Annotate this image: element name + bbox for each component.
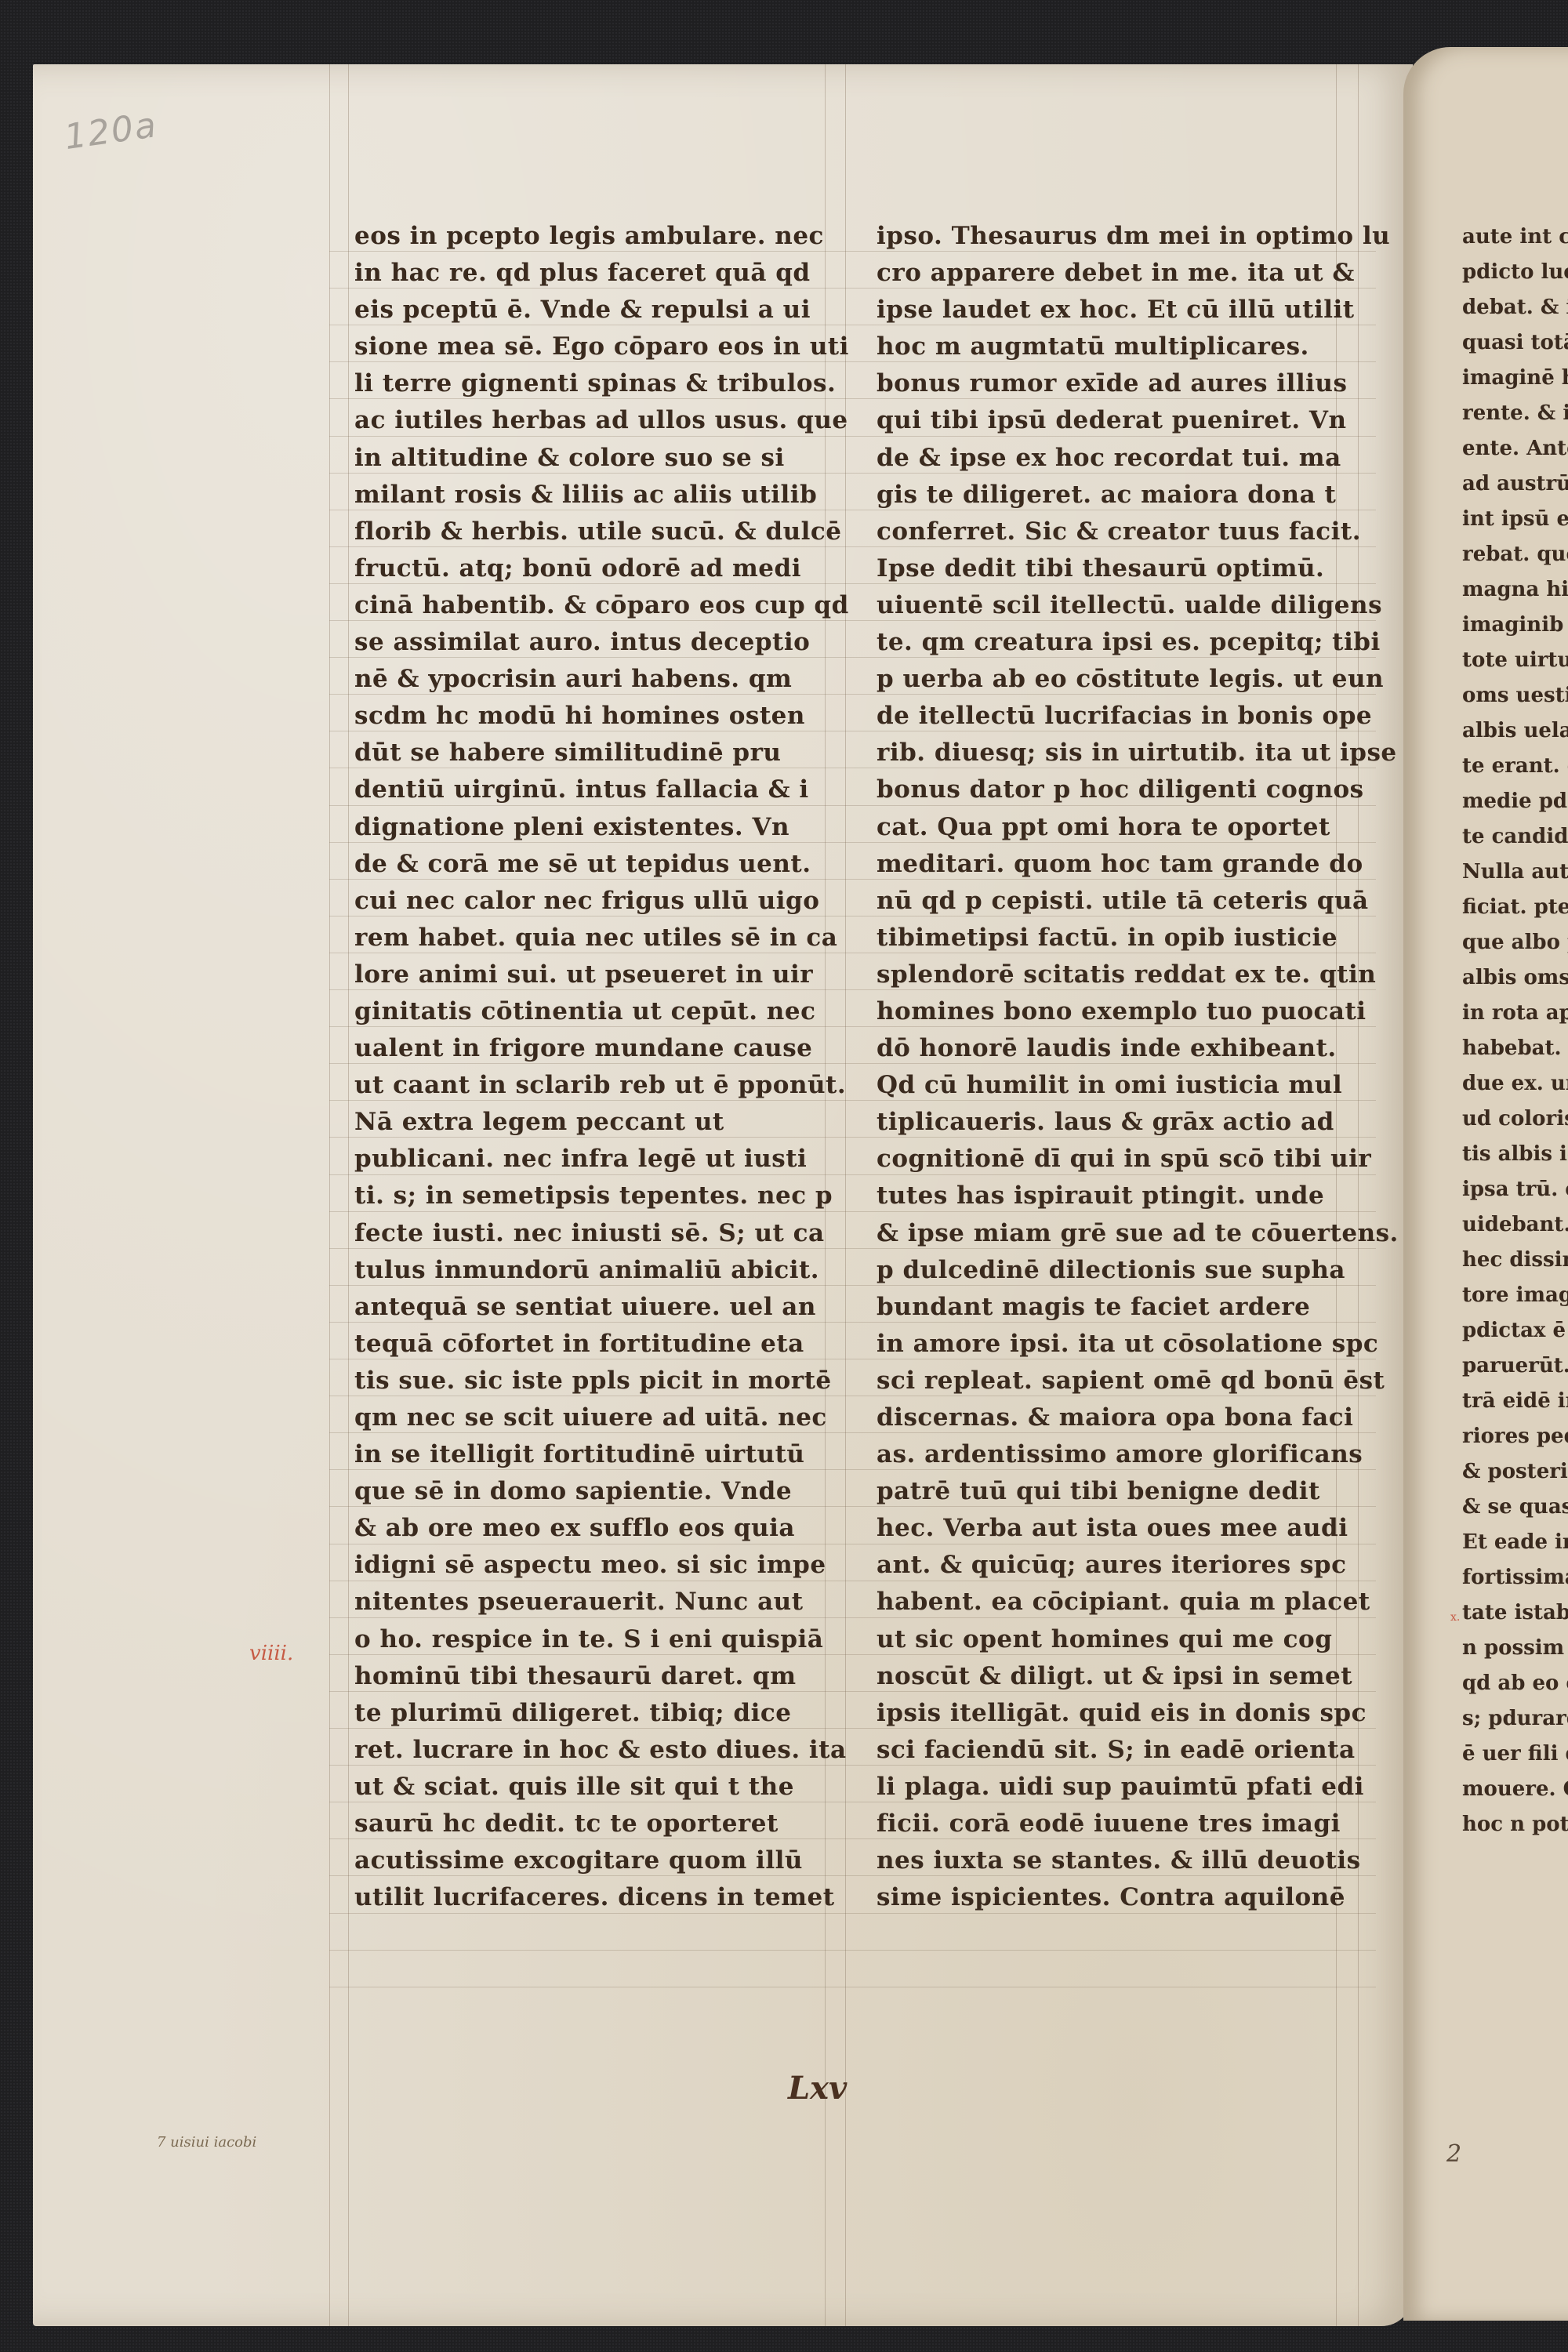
text-line: te. qm creatura ipsi es. pcepitq; tibi (877, 624, 1363, 661)
text-line: discernas. & maiora opa bona faci (877, 1399, 1363, 1436)
right-page: aute int circulipdicto lucido secdebat. … (1403, 47, 1568, 2321)
text-line: tis sue. sic iste ppls picit in mortē (354, 1363, 825, 1399)
text-line: saurū hc dedit. tc te oporteret (354, 1806, 825, 1842)
text-line: cinā habentib. & cōparo eos cup qd (354, 587, 825, 624)
ruling-line (329, 1987, 1376, 1987)
text-line: ginitatis cōtinentia ut cepūt. nec (354, 993, 825, 1030)
text-line: te plurimū diligeret. tibiq; dice (354, 1695, 825, 1732)
text-line: habent. ea cōcipiant. quia m placet (877, 1584, 1363, 1621)
text-line: Qd cū humilit in omi iusticia mul (877, 1067, 1363, 1104)
text-line: hec dissimilitudo (1462, 1243, 1568, 1278)
text-line: in se itelligit fortitudinē uirtutū (354, 1436, 825, 1473)
text-line: nes iuxta se stantes. & illū deuotis (877, 1842, 1363, 1879)
text-line: que sē in domo sapientie. Vnde (354, 1473, 825, 1510)
text-line: fecte iusti. nec iniusti sē. S; ut ca (354, 1215, 825, 1252)
text-line: tequā cōfortet in fortitudine eta (354, 1326, 825, 1363)
text-line: ut caant in sclarib reb ut ē pponūt. (354, 1067, 825, 1104)
text-line: imaginib talis (1462, 608, 1568, 643)
text-line: int ipsū edificiū (1462, 502, 1568, 537)
text-line: rib. diuesq; sis in uirtutib. ita ut ips… (877, 735, 1363, 771)
text-line: & posteriores sup (1462, 1454, 1568, 1490)
text-line: p dulcedinē dilectionis sue supha (877, 1252, 1363, 1289)
text-line: ac iutiles herbas ad ullos usus. que (354, 402, 825, 439)
text-line: que albo pallio i (1462, 925, 1568, 960)
text-line: Ipse dedit tibi thesaurū optimū. (877, 550, 1363, 587)
text-line: qui tibi ipsū dederat pueniret. Vn (877, 402, 1363, 439)
text-line: eos in pcepto legis ambulare. nec (354, 218, 825, 255)
text-line: se assimilat auro. intus deceptio (354, 624, 825, 661)
text-line: oms uestiebant (1462, 678, 1568, 713)
text-line: Et eade imago (1462, 1525, 1568, 1560)
bottom-margin-note: 7 uisiui iacobi (157, 2134, 256, 2151)
text-line: li plaga. uidi sup pauimtū pfati edi (877, 1769, 1363, 1806)
text-line: ut sic opent homines qui me cog (877, 1621, 1363, 1658)
text-line: qm nec se scit uiuere ad uitā. nec (354, 1399, 825, 1436)
right-page-mark: 2 (1446, 2140, 1461, 2168)
text-line: dō honorē laudis inde exhibeant. (877, 1030, 1363, 1067)
text-line: Nulla aut eax (1462, 855, 1568, 890)
text-line: & ab ore meo ex sufflo eos quia (354, 1510, 825, 1547)
text-line: mouere. Quis p (1462, 1772, 1568, 1807)
text-line: rem habet. quia nec utiles sē in ca (354, 920, 825, 956)
text-line: de itellectū lucrifacias in bonis ope (877, 698, 1363, 735)
text-line: hominū tibi thesaurū daret. qm (354, 1658, 825, 1695)
text-line: riores pedes suos (1462, 1419, 1568, 1454)
text-line: publicani. nec infra legē ut iusti (354, 1141, 825, 1178)
text-line: te erant. excepta (1462, 749, 1568, 784)
text-line: ad austrū uerg (1462, 466, 1568, 502)
text-line: ualent in frigore mundane cause (354, 1030, 825, 1067)
text-line: milant rosis & liliis ac aliis utilib (354, 477, 825, 514)
text-line: tote uirtutes qu (1462, 643, 1568, 678)
text-line: ipsa trū. cui id (1462, 1172, 1568, 1207)
text-line: ti. s; in semetipsis tepentes. nec p (354, 1178, 825, 1214)
text-line: rebat. que se ad (1462, 537, 1568, 572)
text-line: cui nec calor nec frigus ullū uigo (354, 883, 825, 920)
text-line: hoc m augmtatū multiplicares. (877, 328, 1363, 365)
text-line: albis uelaminib (1462, 713, 1568, 749)
text-line: hec. Verba aut ista oues mee audi (877, 1510, 1363, 1547)
text-line: bundant magis te faciet ardere (877, 1289, 1363, 1326)
text-line: bonus dator p hoc diligenti cognos (877, 771, 1363, 808)
text-line: uiuentē scil itellectū. ualde diligens (877, 587, 1363, 624)
text-column-b: ipso. Thesaurus dm mei in optimo lucro a… (877, 218, 1363, 1916)
text-line: scdm hc modū hi homines osten (354, 698, 825, 735)
text-line: dignatione pleni existentes. Vn (354, 809, 825, 846)
text-line: o ho. respice in te. S i eni quispiā (354, 1621, 825, 1658)
text-line: trā eidē imagin (1462, 1384, 1568, 1419)
text-line: quasi totā in aer (1462, 325, 1568, 361)
text-line: ipso. Thesaurus dm mei in optimo lu (877, 218, 1363, 255)
text-line: cognitionē dī qui in spū scō tibi uir (877, 1141, 1363, 1178)
text-line: as. ardentissimo amore glorificans (877, 1436, 1363, 1473)
text-line: cat. Qua ppt omi hora te oportet (877, 809, 1363, 846)
text-line: tibimetipsi factū. in opib iusticie (877, 920, 1363, 956)
text-line: medie pdictax u (1462, 784, 1568, 819)
text-line: debat. & int ide (1462, 290, 1568, 325)
text-line: te candidos capu (1462, 819, 1568, 855)
text-line: uidebant. & dū (1462, 1207, 1568, 1243)
text-column-a: eos in pcepto legis ambulare. necin hac … (354, 218, 825, 1916)
text-line: sci faciendū sit. S; in eadē orienta (877, 1732, 1363, 1769)
text-line: in amore ipsi. ita ut cōsolatione spc (877, 1326, 1363, 1363)
text-line: dentiū uirginū. intus fallacia & i (354, 771, 825, 808)
text-line: eis pceptū ē. Vnde & repulsi a ui (354, 292, 825, 328)
text-line: ipse laudet ex hoc. Et cū illū utilit (877, 292, 1363, 328)
text-line: tutes has ispirauit ptingit. unde (877, 1178, 1363, 1214)
text-line: ret. lucrare in hoc & esto diues. ita (354, 1732, 825, 1769)
text-line: p uerba ab eo cōstitute legis. ut eun (877, 661, 1363, 698)
text-line: tulus inmundorū animaliū abicit. (354, 1252, 825, 1289)
text-line: idigni sē aspectu meo. si sic impe (354, 1547, 825, 1584)
text-line: nē & ypocrisin auri habens. qm (354, 661, 825, 698)
text-line: ipsis itelligāt. quid eis in donis spc (877, 1695, 1363, 1732)
text-line: tis albis idute fue (1462, 1137, 1568, 1172)
text-line: sime ispicientes. Contra aquilonē (877, 1879, 1363, 1916)
text-line: paruerūt. & sup (1462, 1348, 1568, 1384)
text-line: de & corā me sē ut tepidus uent. (354, 846, 825, 883)
text-line: due ex. unde tru (1462, 1066, 1568, 1102)
text-line: fortissima colup (1462, 1560, 1568, 1595)
text-line: n possim cōmou (1462, 1631, 1568, 1666)
text-line: sione mea sē. Ego cōparo eos in uti (354, 328, 825, 365)
text-line: tore imaginis qu (1462, 1278, 1568, 1313)
quire-signature: Lxv (788, 2070, 847, 2107)
text-line: antequā se sentiat uiuere. uel an (354, 1289, 825, 1326)
text-line: tiplicaueris. laus & grāx actio ad (877, 1104, 1363, 1141)
text-line: ant. & quicūq; aures iteriores spc (877, 1547, 1363, 1584)
text-line: conferret. Sic & creator tuus facit. (877, 514, 1363, 550)
text-line: nitentes pseuerauerit. Nunc aut (354, 1584, 825, 1621)
chapter-number-rubric: viiii. (249, 1642, 293, 1665)
text-line: noscūt & diligt. ut & ipsi in semet (877, 1658, 1363, 1695)
text-line: ē uer fili dī. Et (1462, 1737, 1568, 1772)
text-line: tate istabilitatis (1462, 1595, 1568, 1631)
text-line: cro apparere debet in me. ita ut & (877, 255, 1363, 292)
text-line: ficii. corā eodē iuuene tres imagi (877, 1806, 1363, 1842)
text-line: gis te diligeret. ac maiora dona t (877, 477, 1363, 514)
text-line: dūt se habere similitudinē pru (354, 735, 825, 771)
text-line: acutissime excogitare quom illū (354, 1842, 825, 1879)
text-line: sci repleat. sapient omē qd bonū ēst (877, 1363, 1363, 1399)
text-line: ud coloris utebai (1462, 1102, 1568, 1137)
text-line: fructū. atq; bonū odorē ad medi (354, 550, 825, 587)
text-line: in rota apparens. (1462, 996, 1568, 1031)
text-line: ficiat. pter cand (1462, 890, 1568, 925)
ruling-line (329, 1950, 1376, 1951)
text-line: hoc n potit for (1462, 1807, 1568, 1842)
text-line: s; pdurare debe (1462, 1701, 1568, 1737)
text-line: pdicto lucido sec (1462, 255, 1568, 290)
text-line: meditari. quom hoc tam grande do (877, 846, 1363, 883)
text-line: & se quasi ad cu (1462, 1490, 1568, 1525)
text-line: aute int circuli (1462, 220, 1568, 255)
text-line: nū qd p cepisti. utile tā ceteris quā (877, 883, 1363, 920)
text-line: patrē tuū qui tibi benigne dedit (877, 1473, 1363, 1510)
text-line: magna hilarita (1462, 572, 1568, 608)
text-line: utilit lucrifaceres. dicens in temet (354, 1879, 825, 1916)
text-line: lore animi sui. ut pseueret in uir (354, 956, 825, 993)
text-line: albis oms uestieb (1462, 960, 1568, 996)
text-line: li terre gignenti spinas & tribulos. (354, 365, 825, 402)
text-line: imaginē homin (1462, 361, 1568, 396)
text-line: in hac re. qd plus faceret quā qd (354, 255, 825, 292)
text-line: pdictax ē astan (1462, 1313, 1568, 1348)
text-line: homines bono exemplo tuo puocati (877, 993, 1363, 1030)
text-line: qd ab eo cōmou (1462, 1666, 1568, 1701)
text-line: ente. Ante angu (1462, 431, 1568, 466)
text-line: splendorē scitatis reddat ex te. qtin (877, 956, 1363, 993)
text-line: ut & sciat. quis ille sit qui t the (354, 1769, 825, 1806)
text-line: bonus rumor exīde ad aures illius (877, 365, 1363, 402)
text-line: & ipse miam grē sue ad te cōuertens. (877, 1215, 1363, 1252)
text-line: rente. & in mundi (1462, 396, 1568, 431)
text-line: Nā extra legem peccant ut (354, 1104, 825, 1141)
text-line: in altitudine & colore suo se si (354, 440, 825, 477)
text-line: de & ipse ex hoc recordat tui. ma (877, 440, 1363, 477)
right-page-text: aute int circulipdicto lucido secdebat. … (1462, 220, 1568, 1842)
text-line: florib & herbis. utile sucū. & dulcē (354, 514, 825, 550)
text-line: habebat. & pt hac (1462, 1031, 1568, 1066)
right-page-rubric: x. (1450, 1611, 1460, 1624)
